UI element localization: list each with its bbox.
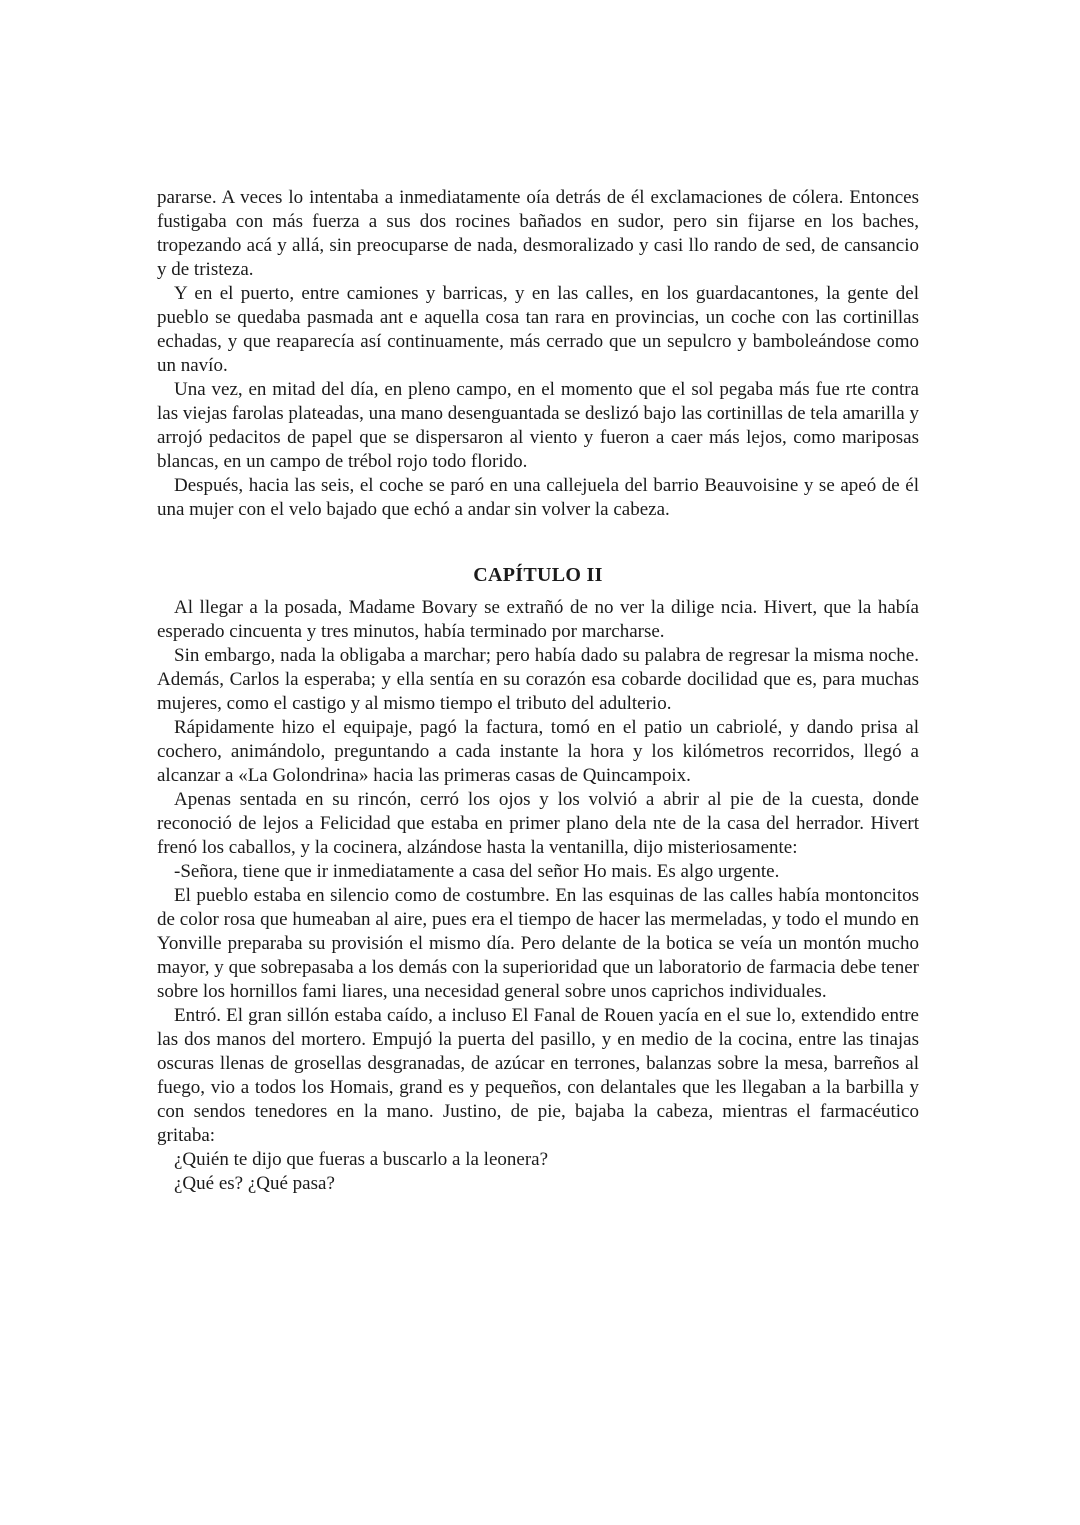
chapter-heading: CAPÍTULO II — [157, 563, 919, 587]
paragraph: Después, hacia las seis, el coche se par… — [157, 474, 919, 522]
paragraph: Apenas sentada en su rincón, cerró los o… — [157, 788, 919, 860]
paragraph: Una vez, en mitad del día, en pleno camp… — [157, 378, 919, 474]
document-page: pararse. A veces lo intentaba a inmediat… — [157, 186, 919, 1196]
paragraph: Sin embargo, nada la obligaba a marchar;… — [157, 644, 919, 716]
paragraph: Rápidamente hizo el equipaje, pagó la fa… — [157, 716, 919, 788]
dialogue-line: ¿Qué es? ¿Qué pasa? — [157, 1172, 919, 1196]
paragraph: Entró. El gran sillón estaba caído, a in… — [157, 1004, 919, 1148]
paragraph: Y en el puerto, entre camiones y barrica… — [157, 282, 919, 378]
paragraph: Al llegar a la posada, Madame Bovary se … — [157, 596, 919, 644]
paragraph: El pueblo estaba en silencio como de cos… — [157, 884, 919, 1004]
dialogue-line: ¿Quién te dijo que fueras a buscarlo a l… — [157, 1148, 919, 1172]
paragraph: pararse. A veces lo intentaba a inmediat… — [157, 186, 919, 282]
dialogue-line: -Señora, tiene que ir inmediatamente a c… — [157, 860, 919, 884]
